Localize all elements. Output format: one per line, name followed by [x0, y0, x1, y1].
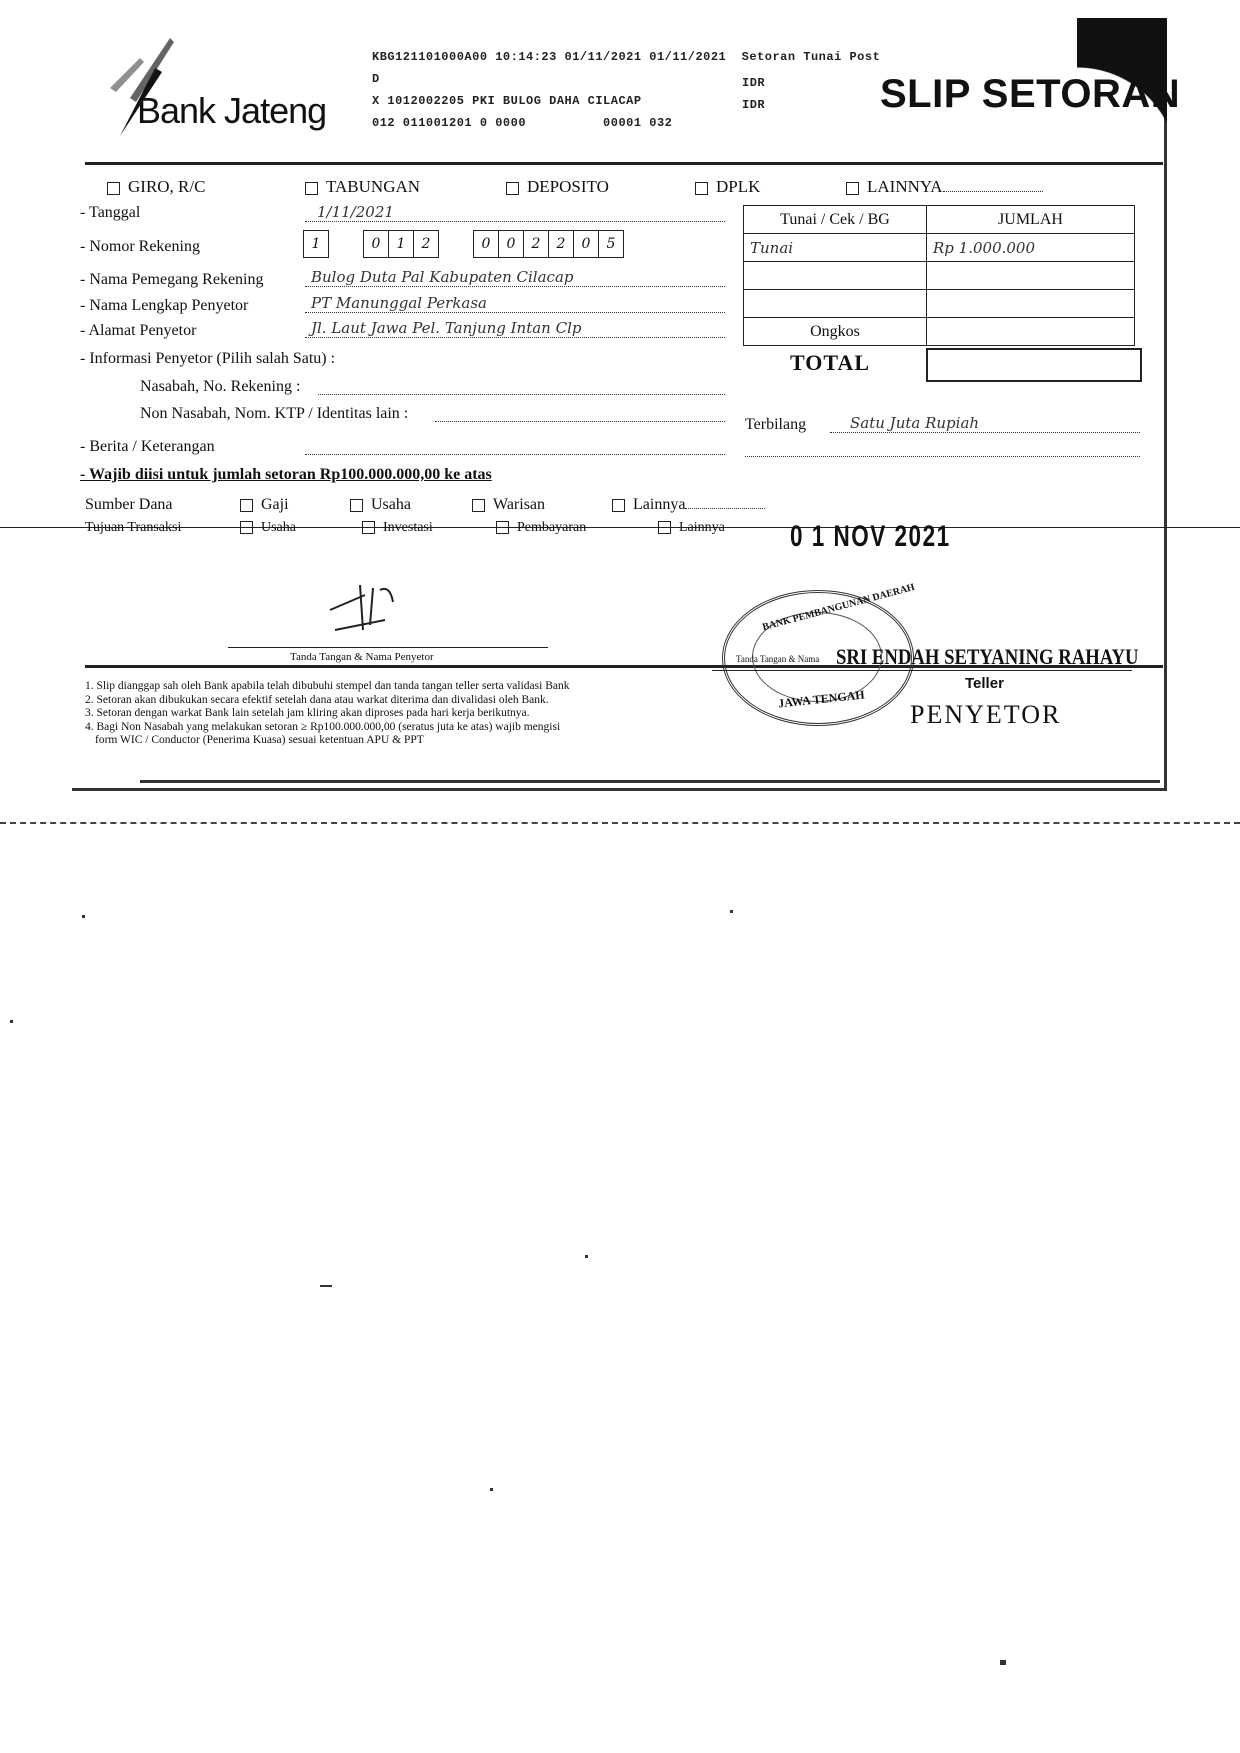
account-type-tabungan[interactable]: TABUNGAN: [305, 177, 420, 197]
teller-line: [712, 670, 1132, 671]
checkbox[interactable]: [240, 521, 253, 534]
sumber-dana-gaji[interactable]: Gaji: [240, 496, 289, 514]
amount-type-cell[interactable]: [744, 290, 927, 318]
validation-currency-2: IDR: [742, 98, 765, 112]
tujuan-investasi[interactable]: Investasi: [362, 520, 433, 536]
account-group-2: 012: [363, 230, 439, 258]
sumber-dana-lainnya[interactable]: Lainnya: [612, 496, 765, 514]
alamat-field[interactable]: Jl. Laut Jawa Pel. Tanjung Intan Clp: [305, 319, 725, 338]
checkbox[interactable]: [695, 182, 708, 195]
amount-value-cell[interactable]: [927, 290, 1135, 318]
amount-value-cell[interactable]: [927, 262, 1135, 290]
pemegang-field[interactable]: Bulog Duta Pal Kabupaten Cilacap: [305, 268, 725, 287]
account-type-giro[interactable]: GIRO, R/C: [107, 177, 205, 197]
teller-name: SRI ENDAH SETYANING RAHAYU: [836, 644, 1139, 670]
amount-value-cell[interactable]: Rp 1.000.000: [927, 234, 1135, 262]
validation-currency-1: IDR: [742, 76, 765, 90]
bank-name: Bank Jateng: [137, 90, 326, 132]
non-nasabah-field[interactable]: [435, 407, 725, 422]
tanggal-field[interactable]: 1/11/2021: [305, 203, 725, 222]
checkbox[interactable]: [472, 499, 485, 512]
penyetor-label: - Nama Lengkap Penyetor: [80, 297, 248, 315]
amount-type-cell[interactable]: Tunai: [744, 234, 927, 262]
amount-type-cell[interactable]: [744, 262, 927, 290]
checkbox[interactable]: [362, 521, 375, 534]
validation-line-4: 012 011001201 0 0000 00001 032: [372, 116, 672, 130]
note-item: 1. Slip dianggap sah oleh Bank apabila t…: [85, 680, 705, 694]
table-row: Ongkos: [744, 318, 1135, 346]
nasabah-field[interactable]: [318, 380, 725, 395]
stamp-caption: Tanda Tangan & Nama: [736, 654, 819, 664]
signature-caption: Tanda Tangan & Nama Penyetor: [290, 651, 434, 663]
note-item: 3. Setoran dengan warkat Bank lain setel…: [85, 707, 705, 721]
tujuan-transaksi-label: Tujuan Transaksi: [85, 520, 181, 536]
ongkos-label: Ongkos: [744, 318, 927, 346]
tujuan-pembayaran[interactable]: Pembayaran: [496, 520, 586, 536]
header-cell: JUMLAH: [927, 206, 1135, 234]
checkbox[interactable]: [496, 521, 509, 534]
wajib-notice: - Wajib diisi untuk jumlah setoran Rp100…: [80, 466, 492, 484]
account-group-1: 1: [303, 230, 329, 258]
nomor-rekening-field[interactable]: 1 012 002205: [303, 230, 624, 258]
account-type-deposito[interactable]: DEPOSITO: [506, 177, 609, 197]
validation-line-2: D: [372, 72, 380, 86]
checkbox[interactable]: [658, 521, 671, 534]
berita-field[interactable]: [305, 440, 725, 455]
penyetor-label: PENYETOR: [910, 700, 1061, 730]
slip-bottom-edge: [140, 780, 1160, 783]
ongkos-value-cell[interactable]: [927, 318, 1135, 346]
checkbox[interactable]: [350, 499, 363, 512]
note-item: 4. Bagi Non Nasabah yang melakukan setor…: [85, 721, 705, 735]
account-type-lainnya[interactable]: LAINNYA: [846, 177, 1043, 197]
sumber-dana-usaha[interactable]: Usaha: [350, 496, 411, 514]
berita-label: - Berita / Keterangan: [80, 438, 215, 456]
alamat-label: - Alamat Penyetor: [80, 322, 196, 340]
sumber-dana-warisan[interactable]: Warisan: [472, 496, 545, 514]
total-label: TOTAL: [790, 350, 870, 376]
signature-line: [228, 647, 548, 648]
slip-title: SLIP SETORAN: [880, 72, 1180, 117]
terbilang-label: Terbilang: [745, 416, 806, 434]
info-penyetor-label: - Informasi Penyetor (Pilih salah Satu) …: [80, 350, 335, 368]
signature-icon: [325, 580, 415, 635]
account-type-dplk[interactable]: DPLK: [695, 177, 760, 197]
note-item: form WIC / Conductor (Penerima Kuasa) se…: [85, 734, 705, 748]
checkbox[interactable]: [612, 499, 625, 512]
terbilang-field[interactable]: Satu Juta Rupiah: [830, 414, 1140, 433]
notes: 1. Slip dianggap sah oleh Bank apabila t…: [85, 680, 705, 748]
checkbox[interactable]: [107, 182, 120, 195]
checkbox[interactable]: [506, 182, 519, 195]
nasabah-label: Nasabah, No. Rekening :: [140, 378, 300, 396]
pemegang-label: - Nama Pemegang Rekening: [80, 271, 264, 289]
table-header-row: Tunai / Cek / BG JUMLAH: [744, 206, 1135, 234]
account-group-3: 002205: [473, 230, 624, 258]
checkbox[interactable]: [305, 182, 318, 195]
penyetor-field[interactable]: PT Manunggal Perkasa: [305, 294, 725, 313]
total-value-field[interactable]: [926, 348, 1142, 382]
validation-line-3: X 1012002205 PKI BULOG DAHA CILACAP: [372, 94, 642, 108]
tujuan-usaha[interactable]: Usaha: [240, 520, 296, 536]
nomor-rekening-label: - Nomor Rekening: [80, 238, 200, 256]
checkbox[interactable]: [240, 499, 253, 512]
checkbox[interactable]: [846, 182, 859, 195]
tujuan-lainnya[interactable]: Lainnya: [658, 520, 725, 536]
sumber-dana-label: Sumber Dana: [85, 496, 173, 514]
amount-table: Tunai / Cek / BG JUMLAH Tunai Rp 1.000.0…: [743, 205, 1135, 346]
date-stamp: 0 1 NOV 2021: [790, 520, 951, 554]
validation-line-1: KBG121101000A00 10:14:23 01/11/2021 01/1…: [372, 50, 880, 64]
divider: [85, 162, 1163, 165]
scan-line: [0, 527, 1240, 528]
table-row: [744, 262, 1135, 290]
note-item: 2. Setoran akan dibukukan secara efektif…: [85, 694, 705, 708]
non-nasabah-label: Non Nasabah, Nom. KTP / Identitas lain :: [140, 405, 408, 423]
teller-role: Teller: [965, 675, 1004, 692]
table-row: [744, 290, 1135, 318]
table-row: Tunai Rp 1.000.000: [744, 234, 1135, 262]
scan-edge: [0, 822, 1240, 824]
tanggal-label: - Tanggal: [80, 204, 140, 222]
header-cell: Tunai / Cek / BG: [744, 206, 927, 234]
terbilang-field-line-2[interactable]: [745, 446, 1140, 457]
